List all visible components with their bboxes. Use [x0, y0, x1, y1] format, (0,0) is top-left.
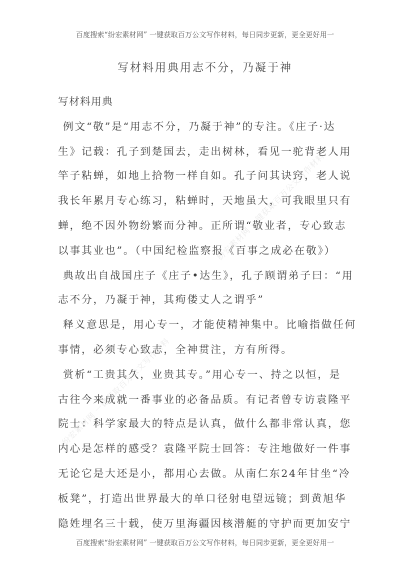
paragraph-line: 蝉，绝不因外物纷繁而分神。正所谓“敬业者，专心致志 [58, 214, 358, 239]
paragraph-line: 生》记载：孔子到楚国去，走出树林，看见一驼背老人用 [58, 140, 358, 165]
paragraph-line: 志不分，乃凝于神，其痀偻丈人之谓乎” [58, 288, 358, 313]
paragraph-line: 隐姓埋名三十载，使万里海疆因核潜艇的守护而更加安宁 [58, 512, 358, 537]
paragraph-line: 典故出自战国庄子《庄子•达生》，孔子顾谓弟子曰：“用 [58, 264, 358, 289]
paragraph-line: 古往今来成就一番事业的必备品质。有记者曾专访袁隆平 [58, 388, 358, 413]
paragraph-line: 内心是怎样的感受？袁隆平院士回答：专注地做好一件事 [58, 437, 358, 462]
paragraph-line: 以事其业也”。（中国纪检监察报《百事之成必在敬》） [58, 239, 358, 264]
header-promo-note: 百度搜索“纷宏素材网” 一键获取百万公文写作材料，每日同步更新，更全更好用一 [0, 30, 410, 40]
footer-promo-note: 百度搜索“纷宏素材网” 一键获取百万公文写作材料，每日同步更新，更全更好用一 [0, 538, 410, 548]
paragraph-line: 板凳”，打造出世界最大的单口径射电望远镜；到黄旭华 [58, 487, 358, 512]
document-body: 写材料用典 例文“敬”是“用志不分，乃凝于神”的专注。《庄子·达 生》记载：孔子… [58, 90, 358, 536]
paragraph-line: 我长年累月专心练习，粘蝉时，天地虽大，可我眼里只有 [58, 189, 358, 214]
paragraph-line: 例文“敬”是“用志不分，乃凝于神”的专注。《庄子·达 [58, 115, 358, 140]
paragraph-line: 无论它是大还是小，都用心去做。从南仁东24年甘坐“冷 [58, 462, 358, 487]
paragraph-line: 赏析“工贵其久，业贵其专。”用心专一、持之以恒，是 [58, 363, 358, 388]
section-heading: 写材料用典 [58, 90, 358, 115]
paragraph-line: 院士：科学家最大的特点是认真，做什么都非常认真，您 [58, 412, 358, 437]
paragraph-line: 释义意思是，用心专一，才能使精神集中。比喻指做任何 [58, 313, 358, 338]
document-title: 写材料用典用志不分，乃凝于神 [0, 59, 410, 75]
paragraph-line: 竿子粘蝉，如地上拾物一样自如。孔子问其诀窍，老人说 [58, 164, 358, 189]
paragraph-line: 事情，必须专心致志，全神贯注，方有所得。 [58, 338, 358, 363]
